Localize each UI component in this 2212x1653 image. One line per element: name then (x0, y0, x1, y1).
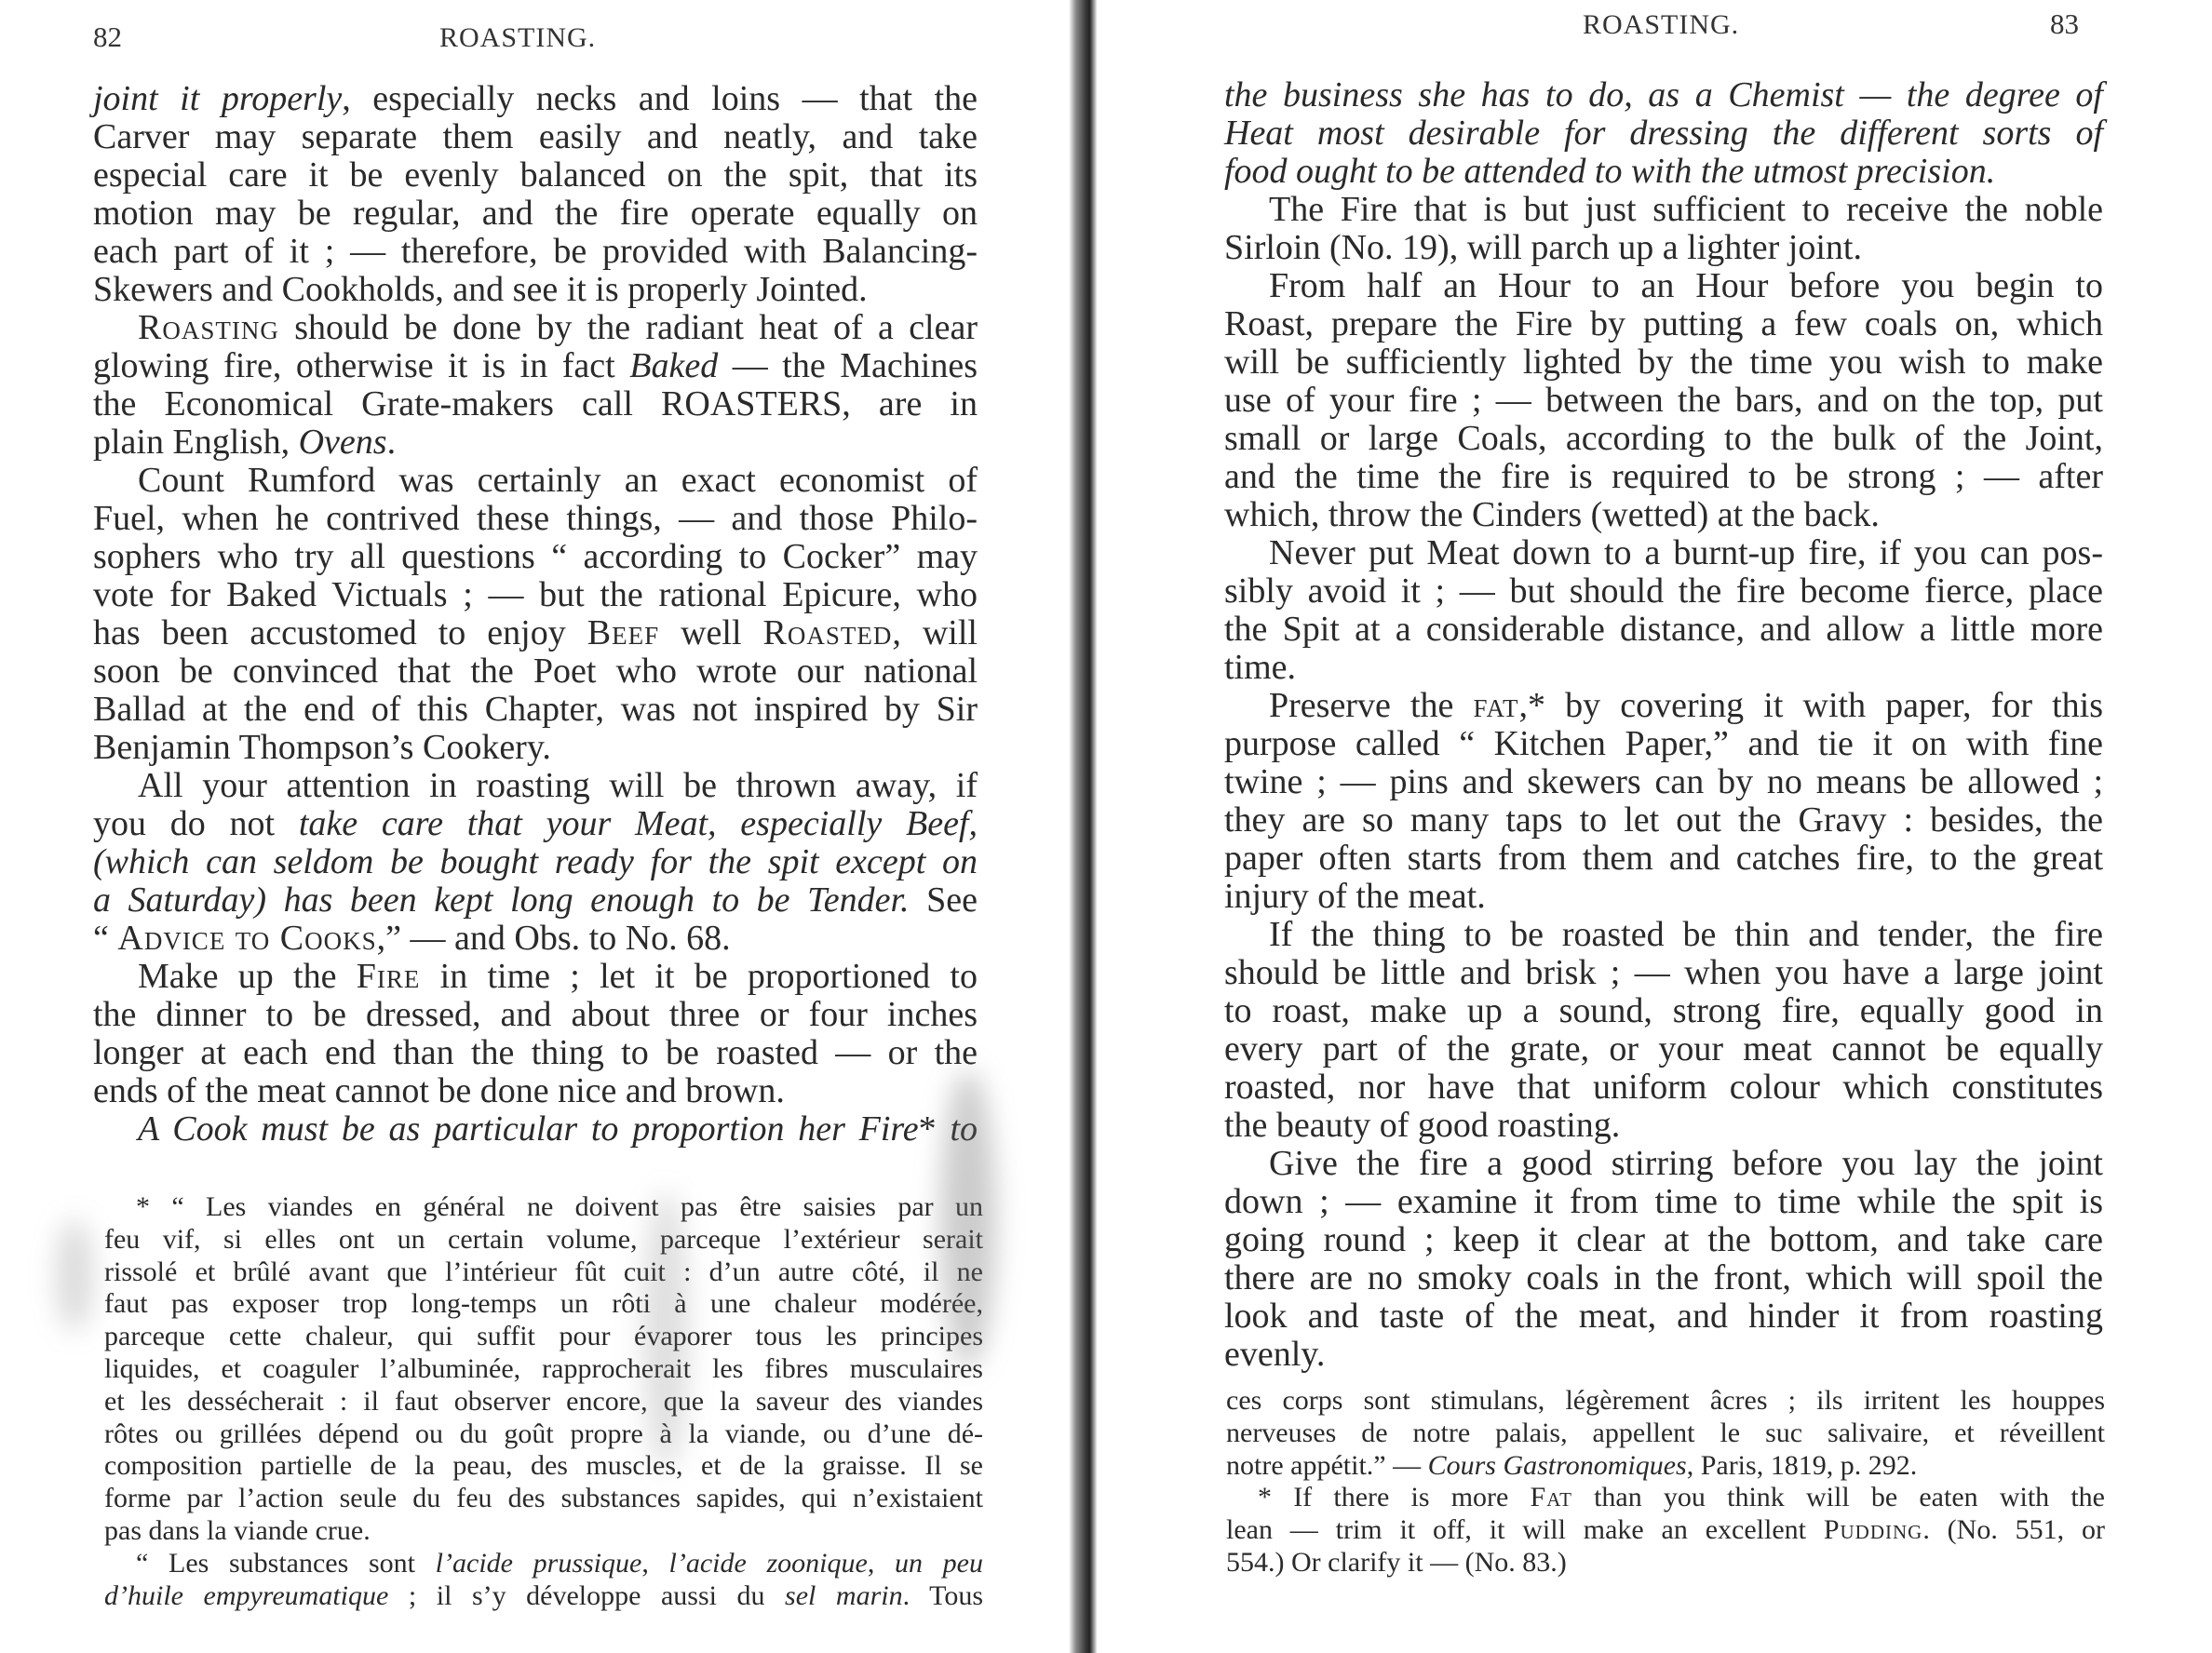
text-line: plain English, Ovens. (93, 423, 978, 462)
footnote-line: “ Les substances sont l’acide prussique,… (104, 1548, 983, 1580)
footnote-line: lean — trim it off, it will make an exce… (1226, 1514, 2105, 1547)
footnote-line: * If there is more Fat than you think wi… (1226, 1482, 2105, 1514)
text-line: and the time the fire is required to be … (1224, 458, 2103, 496)
text-line: joint it properly, especially necks and … (93, 80, 978, 118)
footnote-line: composition partielle de la peau, des mu… (104, 1450, 983, 1483)
book-spine (1069, 0, 1097, 1653)
footnote-line: pas dans la viande crue. (104, 1515, 983, 1548)
footnote-line: faut pas exposer trop long-temps un rôti… (104, 1288, 983, 1321)
text-line: purpose called “ Kitchen Paper,” and tie… (1224, 725, 2103, 763)
text-line: down ; — examine it from time to time wh… (1224, 1183, 2103, 1221)
text-line: the business she has to do, as a Chemist… (1224, 76, 2103, 114)
footnote-line: d’huile empyreumatique ; il s’y développ… (104, 1580, 983, 1613)
text-line: sophers who try all questions “ accordin… (93, 538, 978, 576)
text-line: motion may be regular, and the fire oper… (93, 195, 978, 233)
text-line: If the thing to be roasted be thin and t… (1224, 916, 2103, 954)
text-line: vote for Baked Victuals ; — but the rati… (93, 576, 978, 614)
text-line: the Economical Grate-makers call ROASTER… (93, 385, 978, 423)
text-line: each part of it ; — therefore, be provid… (93, 233, 978, 271)
text-line: glowing fire, otherwise it is in fact Ba… (93, 347, 978, 385)
text-line: time. (1224, 649, 2103, 687)
text-line: evenly. (1224, 1336, 2103, 1374)
text-line: longer at each end than the thing to be … (93, 1034, 978, 1072)
text-line: ends of the meat cannot be done nice and… (93, 1072, 978, 1110)
text-line: to roast, make up a sound, strong fire, … (1224, 992, 2103, 1030)
footnote-line: rissolé et brûlé avant que l’intérieur f… (104, 1257, 983, 1289)
footnote-line: * “ Les viandes en général ne doivent pa… (104, 1191, 983, 1224)
right-footnote: ces corps sont stimulans, légèrement âcr… (1226, 1385, 2105, 1579)
text-line: you do not take care that your Meat, esp… (93, 805, 978, 843)
text-line: “ Advice to Cooks,” — and Obs. to No. 68… (93, 920, 978, 958)
running-head-right: ROASTING. (1583, 9, 1739, 41)
text-line: Heat most desirable for dressing the dif… (1224, 114, 2103, 153)
text-line: Fuel, when he contrived these things, — … (93, 500, 978, 538)
footnote-line: notre appétit.” — Cours Gastronomiques, … (1226, 1450, 2105, 1483)
left-page: 82 ROASTING. joint it properly, especial… (0, 0, 1080, 1653)
footnote-line: ces corps sont stimulans, légèrement âcr… (1226, 1385, 2105, 1418)
text-line: there are no smoky coals in the front, w… (1224, 1259, 2103, 1297)
right-page: ROASTING. 83 the business she has to do,… (1099, 0, 2212, 1653)
text-line: sibly avoid it ; — but should the fire b… (1224, 572, 2103, 611)
text-line: every part of the grate, or your meat ca… (1224, 1030, 2103, 1068)
text-line: Skewers and Cookholds, and see it is pro… (93, 271, 978, 309)
text-line: the Spit at a considerable distance, and… (1224, 611, 2103, 649)
text-line: Benjamin Thompson’s Cookery. (93, 729, 978, 767)
text-line: All your attention in roasting will be t… (93, 767, 978, 805)
text-line: a Saturday) has been kept long enough to… (93, 881, 978, 920)
footnote-line: liquides, et coaguler l’albuminée, rappr… (104, 1353, 983, 1386)
page-number-left: 82 (93, 20, 122, 54)
text-line: will be sufficiently lighted by the time… (1224, 343, 2103, 382)
right-body-text: the business she has to do, as a Chemist… (1224, 76, 2103, 1374)
text-line: Give the fire a good stirring before you… (1224, 1145, 2103, 1183)
text-line: twine ; — pins and skewers can by no mea… (1224, 763, 2103, 801)
text-line: soon be convinced that the Poet who wrot… (93, 652, 978, 691)
text-line: paper often starts from them and catches… (1224, 840, 2103, 878)
footnote-line: 554.) Or clarify it — (No. 83.) (1226, 1547, 2105, 1579)
text-line: Ballad at the end of this Chapter, was n… (93, 691, 978, 729)
text-line: Roasting should be done by the radiant h… (93, 309, 978, 347)
text-line: Never put Meat down to a burnt-up fire, … (1224, 534, 2103, 572)
text-line: Carver may separate them easily and neat… (93, 118, 978, 156)
text-line: look and taste of the meat, and hinder i… (1224, 1297, 2103, 1336)
footnote-line: feu vif, si elles ont un certain volume,… (104, 1224, 983, 1257)
text-line: food ought to be attended to with the ut… (1224, 153, 2103, 191)
footnote-line: nerveuses de notre palais, appellent le … (1226, 1418, 2105, 1450)
text-line: Count Rumford was certainly an exact eco… (93, 462, 978, 500)
footnote-line: et les dessécherait : il faut observer e… (104, 1386, 983, 1418)
text-line: injury of the meat. (1224, 878, 2103, 916)
text-line: Roast, prepare the Fire by putting a few… (1224, 305, 2103, 343)
text-line: small or large Coals, according to the b… (1224, 420, 2103, 458)
ink-smudge (56, 1219, 93, 1331)
text-line: use of your fire ; — between the bars, a… (1224, 382, 2103, 420)
text-line: which, throw the Cinders (wetted) at the… (1224, 496, 2103, 534)
ink-smudge (642, 1191, 689, 1471)
text-line: Make up the Fire in time ; let it be pro… (93, 958, 978, 996)
text-line: The Fire that is but just sufficient to … (1224, 191, 2103, 229)
text-line: the dinner to be dressed, and about thre… (93, 996, 978, 1034)
left-body-text: joint it properly, especially necks and … (93, 80, 978, 1149)
running-head-left: ROASTING. (439, 22, 596, 54)
text-line: Preserve the fat,* by covering it with p… (1224, 687, 2103, 725)
left-footnote: * “ Les viandes en général ne doivent pa… (104, 1191, 983, 1612)
text-line: especial care it be evenly balanced on t… (93, 156, 978, 195)
text-line: (which can seldom be bought ready for th… (93, 843, 978, 881)
text-line: the beauty of good roasting. (1224, 1107, 2103, 1145)
text-line: they are so many taps to let out the Gra… (1224, 801, 2103, 840)
page-number-right: 83 (2050, 7, 2079, 41)
text-line: has been accustomed to enjoy Beef well R… (93, 614, 978, 652)
text-line: A Cook must be as particular to proporti… (93, 1110, 978, 1149)
footnote-line: parceque cette chaleur, qui suffit pour … (104, 1321, 983, 1353)
text-line: From half an Hour to an Hour before you … (1224, 267, 2103, 305)
text-line: roasted, nor have that uniform colour wh… (1224, 1068, 2103, 1107)
footnote-line: rôtes ou grillées dépend ou du goût prop… (104, 1418, 983, 1451)
ink-smudge (940, 1070, 996, 1368)
text-line: should be little and brisk ; — when you … (1224, 954, 2103, 992)
text-line: going round ; keep it clear at the botto… (1224, 1221, 2103, 1259)
text-line: Sirloin (No. 19), will parch up a lighte… (1224, 229, 2103, 267)
footnote-line: forme par l’action seule du feu des subs… (104, 1483, 983, 1515)
